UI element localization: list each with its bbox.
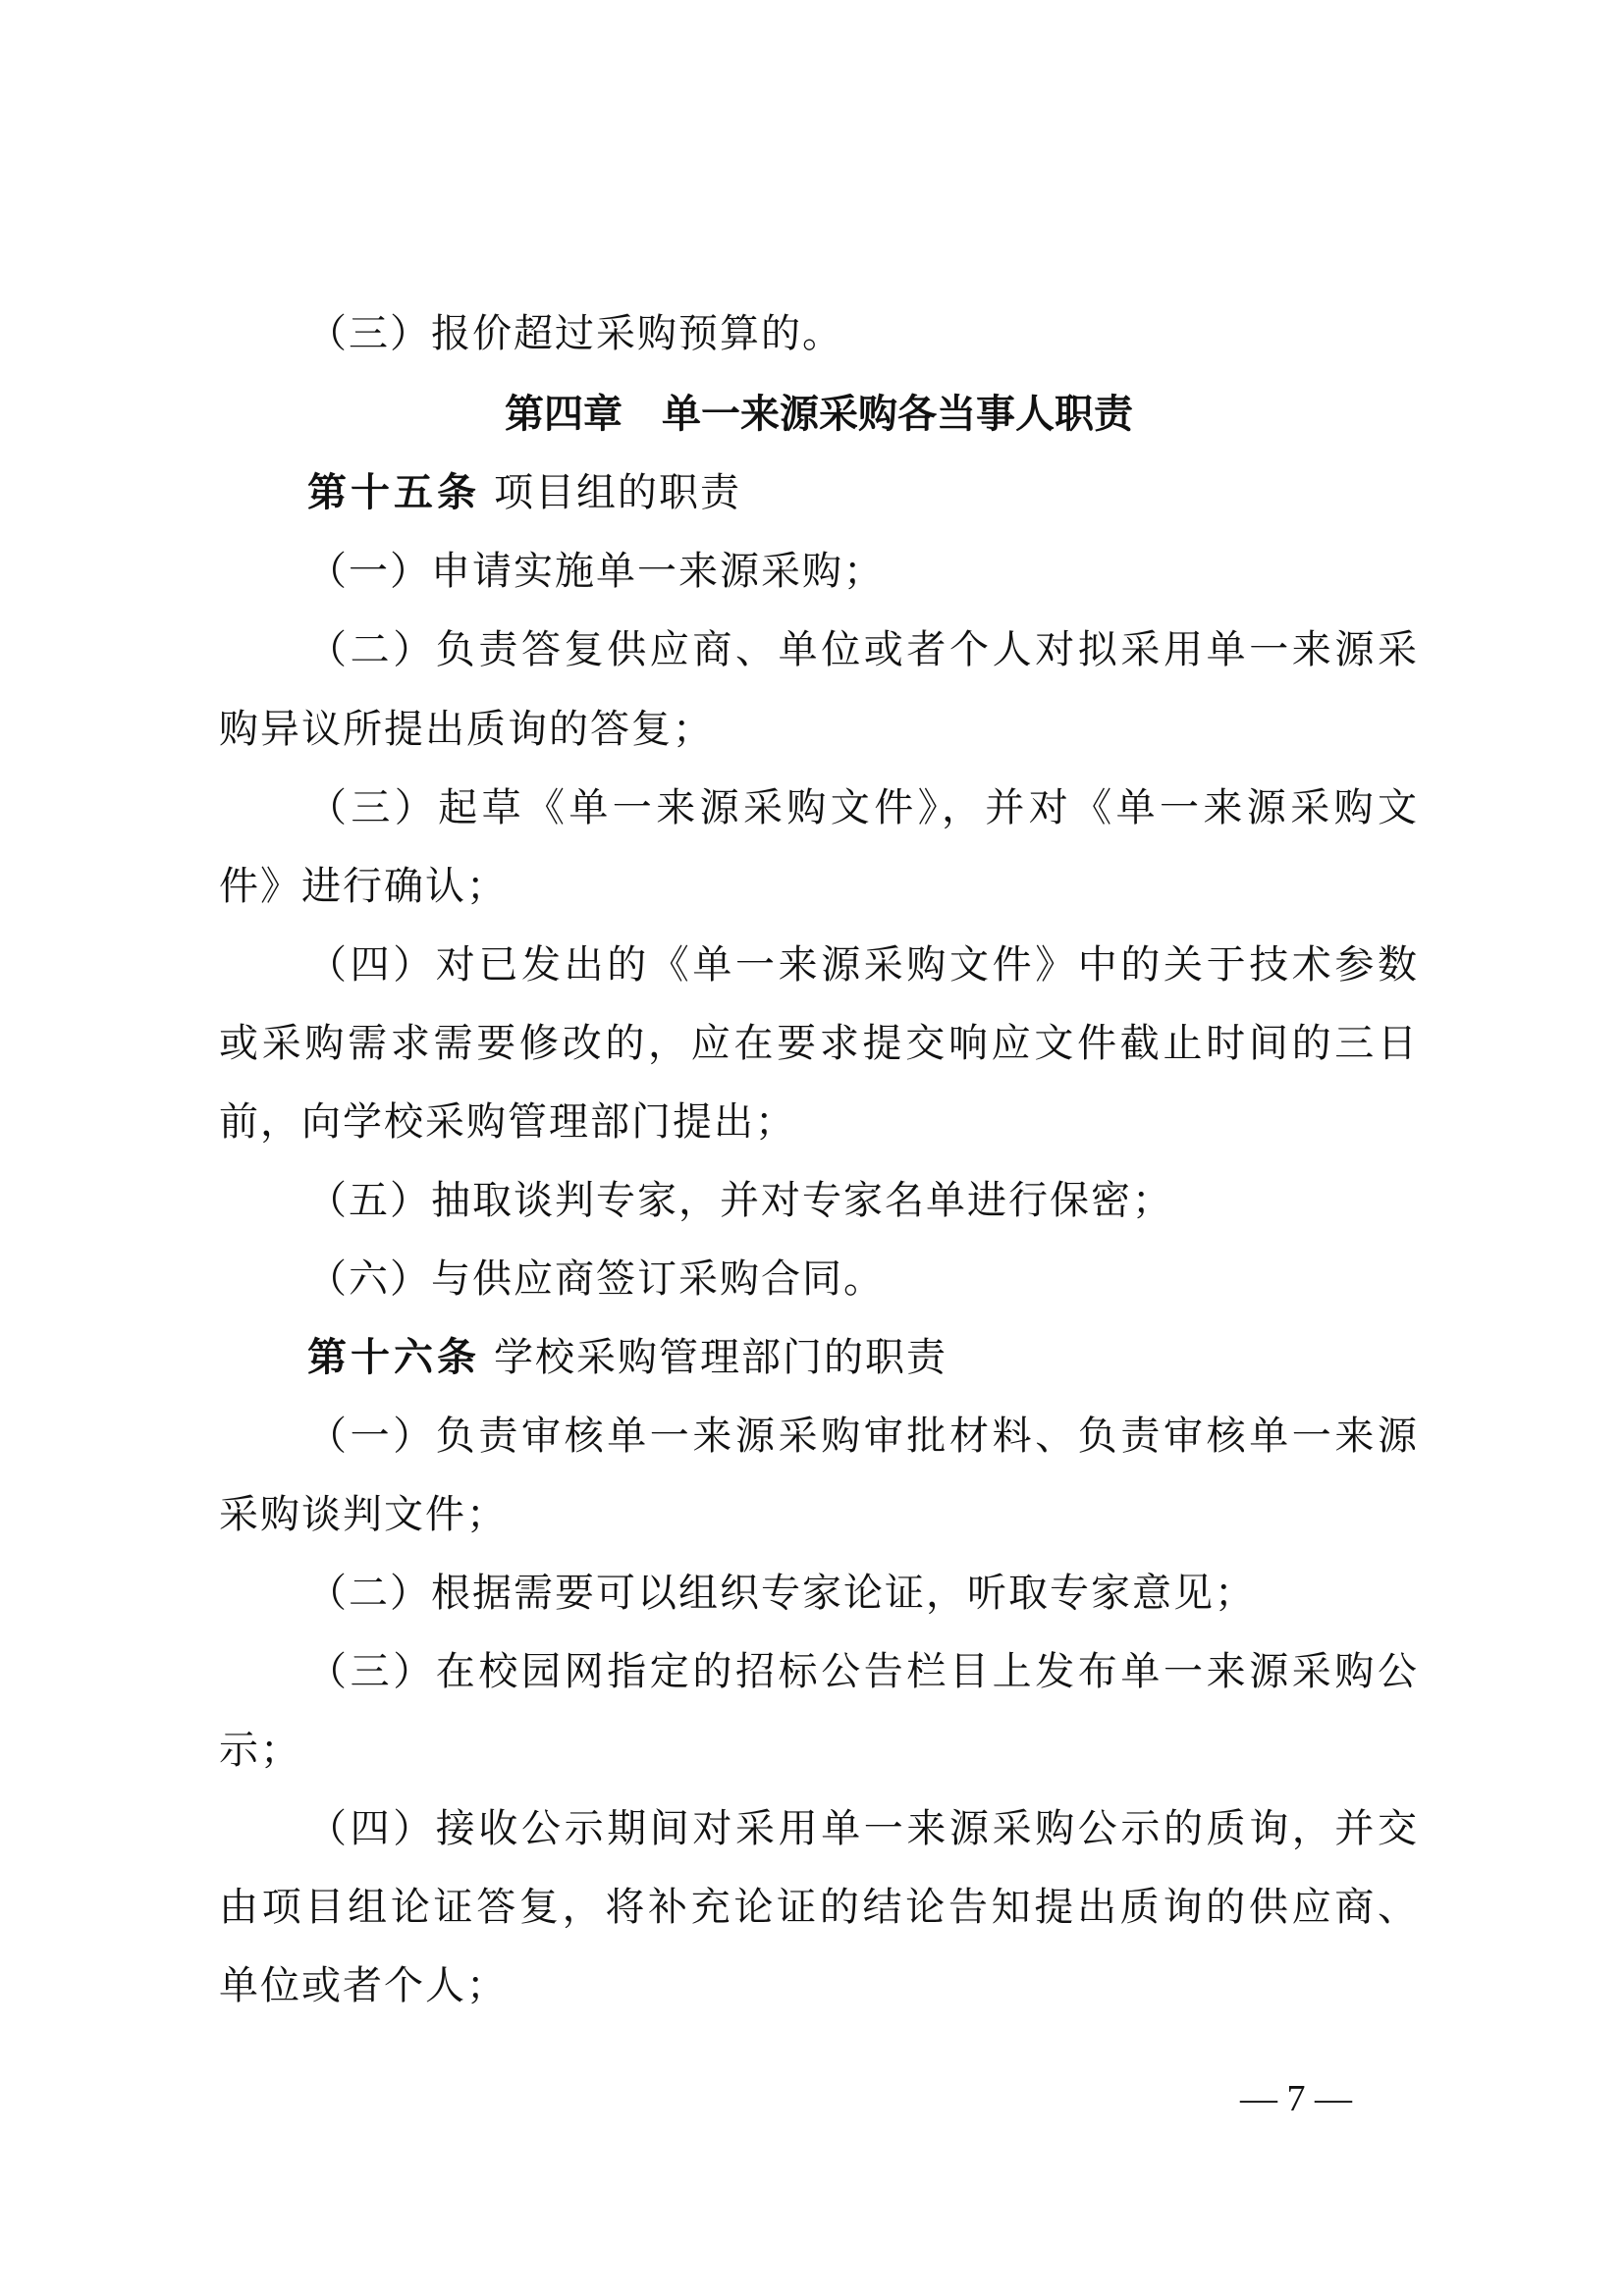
article-15-item-3-line-1: （三）起草《单一来源采购文件》，并对《单一来源采购文 (307, 769, 1419, 847)
article-15-heading: 第十五条项目组的职责 (307, 454, 1419, 532)
document-page: （三）报价超过采购预算的。 第四章 单一来源采购各当事人职责 第十五条项目组的职… (0, 0, 1624, 2296)
clause-3-overbudget: （三）报价超过采购预算的。 (307, 294, 1419, 373)
article-15-item-1: （一）申请实施单一来源采购； (307, 532, 1419, 611)
article-16-item-4-line-3: 单位或者个人； (219, 1947, 1419, 2025)
article-16-item-2: （二）根据需要可以组织专家论证，听取专家意见； (307, 1554, 1419, 1632)
article-16-title: 学校采购管理部门的职责 (494, 1335, 947, 1380)
article-16-label: 第十六条 (307, 1335, 480, 1380)
article-15-item-2-line-1: （二）负责答复供应商、单位或者个人对拟采用单一来源采 (307, 611, 1419, 689)
article-16-item-1-line-1: （一）负责审核单一来源采购审批材料、负责审核单一来源 (307, 1397, 1419, 1475)
article-15-item-6: （六）与供应商签订采购合同。 (307, 1240, 1419, 1318)
article-15-title: 项目组的职责 (494, 470, 741, 515)
article-15-item-4-line-3: 前，向学校采购管理部门提出； (219, 1083, 1419, 1161)
article-15-item-5: （五）抽取谈判专家，并对专家名单进行保密； (307, 1161, 1419, 1240)
article-15-item-4-line-1: （四）对已发出的《单一来源采购文件》中的关于技术参数 (307, 926, 1419, 1004)
article-16-item-4-line-2: 由项目组论证答复，将补充论证的结论告知提出质询的供应商、 (219, 1868, 1419, 1947)
article-16-item-3-line-1: （三）在校园网指定的招标公告栏目上发布单一来源采购公 (307, 1632, 1419, 1711)
article-15-item-4-line-2: 或采购需求需要修改的，应在要求提交响应文件截止时间的三日 (219, 1004, 1419, 1083)
article-15-item-2-line-2: 购异议所提出质询的答复； (219, 690, 1419, 769)
article-16-item-4-line-1: （四）接收公示期间对采用单一来源采购公示的质询，并交 (307, 1789, 1419, 1868)
article-15-label: 第十五条 (307, 470, 480, 515)
article-16-item-3-line-2: 示； (219, 1711, 1419, 1789)
article-15-item-3-line-2: 件》进行确认； (219, 847, 1419, 926)
article-16-heading: 第十六条学校采购管理部门的职责 (307, 1318, 1419, 1397)
article-16-item-1-line-2: 采购谈判文件； (219, 1475, 1419, 1554)
chapter-heading: 第四章 单一来源采购各当事人职责 (219, 375, 1419, 454)
page-number: — 7 — (1218, 2071, 1375, 2126)
